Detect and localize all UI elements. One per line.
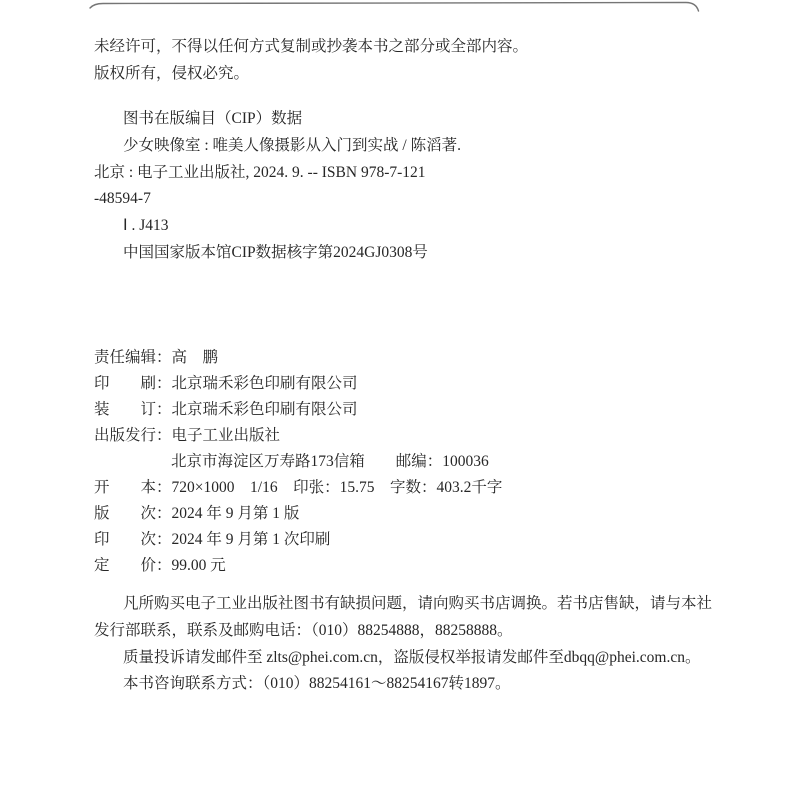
- colophon-label: 装 订：: [94, 397, 172, 423]
- colophon-row: 版 次： 2024 年 9 月第 1 版: [94, 501, 502, 527]
- cip-publisher-line: 北京 : 电子工业出版社, 2024. 9. -- ISBN 978-7-121: [94, 160, 461, 187]
- colophon-row: 印 次： 2024 年 9 月第 1 次印刷: [94, 527, 502, 553]
- colophon-block: 责任编辑： 高 鹏 印 刷： 北京瑞禾彩色印刷有限公司 装 订： 北京瑞禾彩色印…: [94, 345, 502, 579]
- colophon-value: 北京瑞禾彩色印刷有限公司: [172, 397, 358, 423]
- colophon-label: 版 次：: [94, 501, 172, 527]
- colophon-label: 开 本：: [94, 475, 172, 501]
- book-copyright-page: 未经许可，不得以任何方式复制或抄袭本书之部分或全部内容。 版权所有，侵权必究。 …: [0, 0, 800, 800]
- colophon-value: 2024 年 9 月第 1 次印刷: [172, 527, 331, 553]
- cip-block: 图书在版编目（CIP）数据 少女映像室 : 唯美人像摄影从入门到实战 / 陈滔著…: [94, 106, 461, 267]
- colophon-value: 高 鹏: [172, 345, 219, 371]
- colophon-label: 责任编辑：: [94, 345, 172, 371]
- cip-record-number: 中国国家版本馆CIP数据核字第2024GJ0308号: [94, 240, 461, 267]
- purchase-notes-block: 凡所购买电子工业出版社图书有缺损问题，请向购买书店调换。若书店售缺，请与本社 发…: [94, 591, 764, 698]
- notes-line-exchange: 凡所购买电子工业出版社图书有缺损问题，请向购买书店调换。若书店售缺，请与本社: [94, 591, 764, 618]
- colophon-value: 2024 年 9 月第 1 版: [172, 501, 300, 527]
- colophon-label: 定 价：: [94, 553, 172, 579]
- cip-isbn-continuation: -48594-7: [94, 186, 461, 213]
- colophon-value: 电子工业出版社: [172, 423, 281, 449]
- copyright-notice: 未经许可，不得以任何方式复制或抄袭本书之部分或全部内容。 版权所有，侵权必究。: [94, 33, 528, 87]
- colophon-row: 印 刷： 北京瑞禾彩色印刷有限公司: [94, 371, 502, 397]
- cip-heading: 图书在版编目（CIP）数据: [94, 106, 461, 133]
- copyright-notice-line: 版权所有，侵权必究。: [94, 60, 528, 87]
- colophon-label: 出版发行：: [94, 423, 172, 449]
- notes-line-email: 质量投诉请发邮件至 zlts@phei.com.cn，盗版侵权举报请发邮件至db…: [94, 645, 764, 672]
- colophon-row: 北京市海淀区万寿路173信箱 邮编：100036: [94, 449, 502, 475]
- notes-line-contact: 本书咨询联系方式：（010）88254161～88254167转1897。: [94, 671, 764, 698]
- colophon-value: 北京瑞禾彩色印刷有限公司: [172, 371, 358, 397]
- copyright-notice-line: 未经许可，不得以任何方式复制或抄袭本书之部分或全部内容。: [94, 33, 528, 60]
- colophon-label: 印 刷：: [94, 371, 172, 397]
- colophon-row: 责任编辑： 高 鹏: [94, 345, 502, 371]
- colophon-value: 720×1000 1/16 印张：15.75 字数：403.2千字: [172, 475, 503, 501]
- page-top-border-line: [0, 0, 800, 22]
- colophon-row: 出版发行： 电子工业出版社: [94, 423, 502, 449]
- notes-line-phone: 发行部联系，联系及邮购电话：（010）88254888，88258888。: [94, 618, 764, 645]
- colophon-row: 装 订： 北京瑞禾彩色印刷有限公司: [94, 397, 502, 423]
- colophon-value: 北京市海淀区万寿路173信箱 邮编：100036: [171, 449, 489, 475]
- colophon-label: [94, 449, 171, 475]
- colophon-label: 印 次：: [94, 527, 172, 553]
- cip-title-line: 少女映像室 : 唯美人像摄影从入门到实战 / 陈滔著.: [94, 133, 461, 160]
- cip-classification: Ⅰ . J413: [94, 213, 461, 240]
- colophon-value: 99.00 元: [172, 553, 226, 579]
- colophon-row: 定 价： 99.00 元: [94, 553, 502, 579]
- colophon-row: 开 本： 720×1000 1/16 印张：15.75 字数：403.2千字: [94, 475, 502, 501]
